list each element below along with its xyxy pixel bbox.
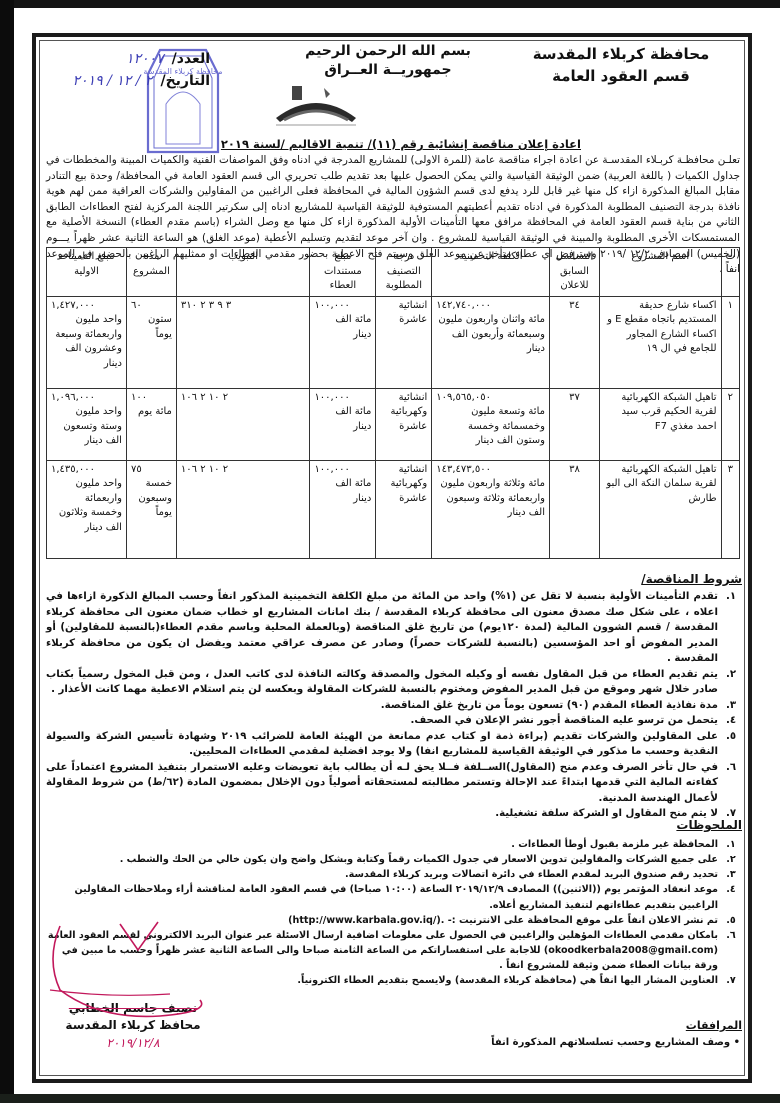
scan-left-edge — [0, 0, 14, 1103]
estimated-cost: ١٤٣,٤٧٣,٥٠٠ مائة وثلاثة واربعون مليون وا… — [432, 460, 550, 558]
date-value: ٢ / ١٢ / ٢٠١٩ — [73, 70, 153, 92]
insurance-number: ١,٤٣٥,٠٠٠ — [51, 463, 122, 478]
required-grade: انشائية وكهربائية عاشرة — [376, 388, 432, 460]
notes-title: الملحوظات — [676, 817, 742, 834]
notice-title: اعادة إعلان مناقصة إنشائية رقم (١١)/ تنم… — [221, 137, 581, 153]
col-initial-insurance: مبلغ التامينات الاولية — [47, 248, 127, 297]
previous-serial: ٣٨ — [549, 460, 599, 558]
classification-code: ٣ ٩ ٣ ٢ ٣١٠ — [181, 299, 306, 314]
cost-number: ١٤٣,٤٧٣,٥٠٠ — [436, 463, 545, 478]
row-number: ٢ — [721, 388, 739, 460]
duration-number: ٧٥ — [131, 463, 172, 478]
col-project-name: اسم المشروع — [599, 248, 721, 297]
number-label: العدد/ — [172, 48, 210, 70]
fee-number: ١٠٠,٠٠٠ — [314, 463, 371, 478]
condition-item: ١.تقدم التأمينات الأولية بنسبة لا تقل عن… — [46, 589, 740, 667]
condition-item: ٥.على المقاولين والشركات تقديم (براءة ذم… — [46, 729, 740, 760]
document-fee: ١٠٠,٠٠٠ مائة الف دينار — [310, 296, 376, 388]
duration: ١٠٠ مائة يوم — [126, 388, 176, 460]
col-classification: التبويب — [176, 248, 310, 297]
col-duration: مدة المشروع — [126, 248, 176, 297]
attachment-item: • وصف المشاريع وحسب تسلسلاتهم المذكورة ا… — [491, 1036, 740, 1050]
letterhead-center: بسم الله الرحمن الرحيم جمهوريــة العــرا… — [288, 42, 488, 80]
note-item: ١.المحافظة غير ملزمة بقبول أوطأ العطاءات… — [46, 837, 740, 852]
classification: ٢ ١٠ ٢ ١٠٦ — [176, 460, 310, 558]
required-grade: انشائية وكهربائية عاشرة — [376, 460, 432, 558]
attachments-title: المرافقات — [686, 1018, 742, 1033]
table-row: ٣ تاهيل الشبكة الكهربائية لقرية سلمان ال… — [47, 460, 740, 558]
condition-item: ٢.يتم تقديم العطاء من قبل المقاول نفسه أ… — [46, 667, 740, 698]
col-estimated-cost: الكلفة التخمينية — [432, 248, 550, 297]
note-item: ٢.على جميع الشركات والمقاولين تدوين الاس… — [46, 852, 740, 867]
conditions-list: ١.تقدم التأمينات الأولية بنسبة لا تقل عن… — [46, 589, 740, 822]
previous-serial: ٣٤ — [549, 296, 599, 388]
conditions-title: شروط المناقصة/ — [641, 571, 742, 588]
note-item: ٥.تم نشر الاعلان انفاً على موقع المحافظة… — [46, 913, 740, 928]
estimated-cost: ١٤٢,٧٤٠,٠٠٠ مائة واثنان واربعون مليون وس… — [432, 296, 550, 388]
fee-words: مائة الف دينار — [335, 478, 371, 504]
notes-list: ١.المحافظة غير ملزمة بقبول أوطأ العطاءات… — [46, 837, 740, 989]
website-link[interactable]: (http://www.karbala.gov.iq/). — [288, 915, 444, 926]
duration: ٧٥ خمسة وسبعون يوماً — [126, 460, 176, 558]
iraq-emblem-icon — [272, 84, 360, 128]
signatory-name: نصيف جاسم الخطابي — [58, 1000, 208, 1017]
classification: ٢ ١٠ ٢ ١٠٦ — [176, 388, 310, 460]
duration-words: خمسة وسبعون يوماً — [138, 478, 172, 518]
scan-bottom-edge — [0, 1094, 780, 1103]
fee-words: مائة الف دينار — [335, 314, 371, 340]
country-name: جمهوريــة العــراق — [288, 61, 488, 80]
document-fee: ١٠٠,٠٠٠ مائة الف دينار — [310, 388, 376, 460]
table-header-row: ت اسم المشروع التسلسل السابق للاعلان الك… — [47, 248, 740, 297]
email-link[interactable]: (okoodkerbala2008@gmail.com) — [544, 945, 718, 956]
initial-insurance: ١,٠٩٦,٠٠٠ واحد مليون وستة وتسعون الف دين… — [47, 388, 127, 460]
table-row: ١ اكساء شارع حديقة المستديم باتجاه مقطع … — [47, 296, 740, 388]
initial-insurance: ١,٤٣٥,٠٠٠ واحد مليون واربعمائة وخمسة وثل… — [47, 460, 127, 558]
project-name: تاهيل الشبكة الكهربائية لقرية الحكيم قرب… — [599, 388, 721, 460]
signature-date: ٢٠١٩/١٢/٨ — [58, 1035, 208, 1052]
condition-item: ٤.يتحمل من ترسو عليه المناقصة أجور نشر ا… — [46, 713, 740, 729]
col-required-grade: درجة التصنيف المطلوبة — [376, 248, 432, 297]
col-document-fee: مبلغ مستندات العطاء — [310, 248, 376, 297]
condition-item: ٧.لا يتم منح المقاول او الشركة سلفة تشغي… — [46, 806, 740, 822]
fee-number: ١٠٠,٠٠٠ — [314, 299, 371, 314]
cost-words: مائة وتسعة مليون وخمسمائة وخمسة وستون ال… — [468, 406, 545, 446]
row-number: ١ — [721, 296, 739, 388]
cost-number: ١٤٢,٧٤٠,٠٠٠ — [436, 299, 545, 314]
signatory-title: محافظ كربلاء المقدسة — [58, 1017, 208, 1034]
projects-table: ت اسم المشروع التسلسل السابق للاعلان الك… — [46, 247, 740, 559]
insurance-words: واحد مليون وستة وتسعون الف دينار — [63, 406, 122, 446]
initial-insurance: ١,٤٢٧,٠٠٠ واحد مليون واربعمائة وسبعة وعش… — [47, 296, 127, 388]
insurance-words: واحد مليون واربعمائة وسبعة وعشرون الف دي… — [55, 314, 122, 369]
cost-words: مائة واثنان واربعون مليون وسبعمائة وأربع… — [438, 314, 545, 354]
duration-words: ستون يوماً — [148, 314, 172, 340]
project-name: تاهيل الشبكة الكهربائية لقرية سلمان النك… — [599, 460, 721, 558]
date-label: التاريخ/ — [160, 70, 210, 92]
required-grade: انشائية عاشرة — [376, 296, 432, 388]
row-number: ٣ — [721, 460, 739, 558]
issuer-governorate: محافظة كربلاء المقدسة — [526, 44, 716, 66]
insurance-number: ١,٠٩٦,٠٠٠ — [51, 391, 122, 406]
classification: ٣ ٩ ٣ ٢ ٣١٠ — [176, 296, 310, 388]
duration-number: ١٠٠ — [131, 391, 172, 406]
insurance-words: واحد مليون واربعمائة وخمسة وثلاثون الف د… — [59, 478, 122, 533]
note-item: ٦.بامكان مقدمي العطاءات المؤهلين والراغب… — [46, 928, 740, 973]
fee-number: ١٠٠,٠٠٠ — [314, 391, 371, 406]
fee-words: مائة الف دينار — [335, 406, 371, 432]
previous-serial: ٣٧ — [549, 388, 599, 460]
note-item: ٣.تحديد رقم صندوق البريد لمقدم العطاء في… — [46, 867, 740, 882]
condition-item: ٦.في حال تأخر الصرف وعدم منح (المقاول)ال… — [46, 760, 740, 807]
col-no: ت — [721, 248, 739, 297]
duration: ٦٠ ستون يوماً — [126, 296, 176, 388]
cost-words: مائة وثلاثة واربعون مليون واربعمائة وثلا… — [440, 478, 545, 518]
tender-notice-document: محافظة كربلاء المقدسة قسم العقود العامة … — [40, 40, 746, 1076]
note-item: ٤.موعد انعقاد المؤتمر يوم ((الاثنين)) ال… — [46, 882, 740, 912]
number-value: ١٢٠٠٧ — [126, 48, 164, 70]
condition-item: ٣.مدة نفاذية العطاء المقدم (٩٠) تسعون يو… — [46, 698, 740, 714]
scan-top-edge — [0, 0, 780, 8]
reference-block: العدد/ ١٢٠٠٧ التاريخ/ ٢ / ١٢ / ٢٠١٩ — [60, 48, 210, 93]
col-previous-serial: التسلسل السابق للاعلان — [549, 248, 599, 297]
basmala: بسم الله الرحمن الرحيم — [288, 42, 488, 61]
cost-number: ١٠٩,٥٦٥,٠٥٠ — [436, 391, 545, 406]
duration-number: ٦٠ — [131, 299, 172, 314]
estimated-cost: ١٠٩,٥٦٥,٠٥٠ مائة وتسعة مليون وخمسمائة وخ… — [432, 388, 550, 460]
issuer-department: قسم العقود العامة — [526, 66, 716, 88]
duration-words: مائة يوم — [138, 406, 172, 417]
note-item: ٧.العناوين المشار اليها انفاً هي (محافظة… — [46, 973, 740, 988]
project-name: اكساء شارع حديقة المستديم باتجاه مقطع E … — [599, 296, 721, 388]
classification-code: ٢ ١٠ ٢ ١٠٦ — [181, 391, 306, 406]
document-fee: ١٠٠,٠٠٠ مائة الف دينار — [310, 460, 376, 558]
issuer-block: محافظة كربلاء المقدسة قسم العقود العامة — [526, 44, 716, 88]
table-row: ٢ تاهيل الشبكة الكهربائية لقرية الحكيم ق… — [47, 388, 740, 460]
insurance-number: ١,٤٢٧,٠٠٠ — [51, 299, 122, 314]
classification-code: ٢ ١٠ ٢ ١٠٦ — [181, 463, 306, 478]
signature-block: نصيف جاسم الخطابي محافظ كربلاء المقدسة ٢… — [58, 1000, 208, 1052]
